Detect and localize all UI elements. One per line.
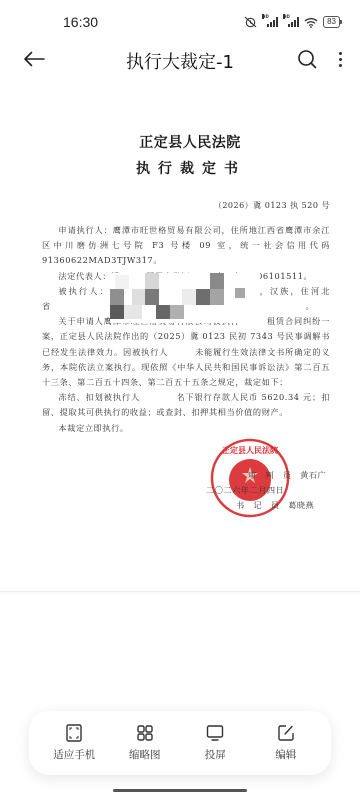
- cast-screen-label: 投屏: [205, 747, 226, 762]
- battery-icon: 83: [323, 16, 340, 28]
- fit-screen-label: 适应手机: [53, 747, 95, 762]
- court-name: 正定县人民法院: [0, 132, 360, 152]
- fit-screen-button[interactable]: 适应手机: [44, 724, 104, 762]
- hd-signal-1-icon: HD: [262, 17, 278, 27]
- redaction-mosaic: [110, 273, 260, 323]
- clerk-signature: 书 记 员 葛晓燕: [236, 500, 314, 511]
- document-body: 申请执行人：鹰潭市旺世格贸易有限公司，住所地江西省鹰潭市余江区中川磨仿洲七号院 …: [42, 223, 330, 436]
- bottom-toolbar: 适应手机 缩略图 投屏 编辑: [29, 711, 331, 775]
- thumbnail-button[interactable]: 缩略图: [115, 724, 175, 762]
- more-options-button[interactable]: [332, 48, 348, 70]
- status-bar: 16:30 HD HD 83: [0, 0, 360, 44]
- status-time: 16:30: [63, 14, 98, 30]
- edit-icon: [277, 724, 295, 742]
- case-number: （2026）冀 0123 执 520 号: [214, 200, 330, 211]
- wifi-icon: [304, 17, 318, 28]
- edit-button[interactable]: 编辑: [256, 724, 316, 762]
- alarm-off-icon: [244, 16, 257, 28]
- cast-screen-button[interactable]: 投屏: [185, 724, 245, 762]
- edit-label: 编辑: [275, 747, 296, 762]
- top-app-bar: 执行大裁定-1: [0, 40, 360, 78]
- thumbnail-grid-icon: [136, 724, 154, 742]
- thumbnail-label: 缩略图: [129, 747, 161, 762]
- document-page[interactable]: 正定县人民法院 执行裁定书 （2026）冀 0123 执 520 号 申请执行人…: [0, 88, 360, 592]
- paragraph-effect: 本裁定立即执行。: [42, 421, 330, 436]
- status-icons: HD HD 83: [244, 16, 340, 28]
- ruling-date: 二〇二六年二月四日: [206, 485, 284, 496]
- home-indicator[interactable]: [113, 789, 247, 792]
- document-type-title: 执行裁定书: [0, 158, 360, 178]
- svg-text:正定县人民法院: 正定县人民法院: [222, 445, 279, 455]
- fit-screen-icon: [65, 724, 83, 742]
- cast-screen-icon: [206, 724, 224, 742]
- paragraph-applicant: 申请执行人：鹰潭市旺世格贸易有限公司，住所地江西省鹰潭市余江区中川磨仿洲七号院 …: [42, 223, 330, 269]
- hd-signal-2-icon: HD: [283, 17, 299, 27]
- search-icon: [296, 48, 318, 70]
- judge-signature: 审 判 员 黄石广: [248, 470, 326, 481]
- more-vertical-icon: [339, 52, 342, 55]
- search-button[interactable]: [296, 48, 318, 70]
- paragraph-case-facts: 关于申请人鹰潭市旺世格贸易有限公司被执行 租赁合同纠纷一案，正定县人民法院作出的…: [42, 314, 330, 390]
- paragraph-ruling: 冻结、扣划被执行人 名下银行存款人民币 5620.34 元；扣留、提取其可供执行…: [42, 390, 330, 420]
- redaction-patch: [235, 288, 245, 298]
